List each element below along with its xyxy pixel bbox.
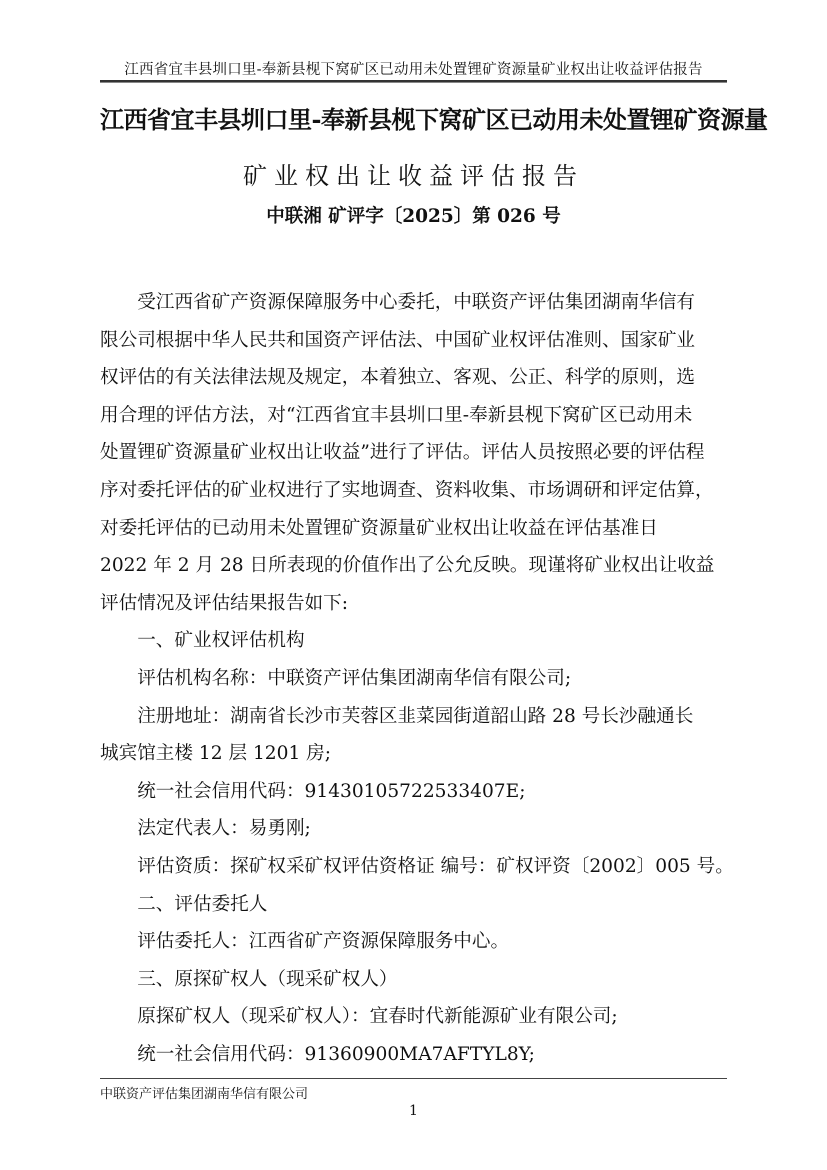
intro-line: 用合理的评估方法，对“江西省宜丰县圳口里-奉新县枧下窝矿区已动用未 bbox=[100, 397, 727, 435]
intro-line: 受江西省矿产资源保障服务中心委托，中联资产评估集团湖南华信有 bbox=[100, 284, 727, 322]
intro-line: 2022 年 2 月 28 日所表现的价值作出了公允反映。现谨将矿业权出让收益 bbox=[100, 547, 727, 585]
appraiser-qualification: 评估资质：探矿权采矿权评估资格证 编号：矿权评资〔2002〕005 号。 bbox=[100, 848, 727, 886]
intro-line: 限公司根据中华人民共和国资产评估法、中国矿业权评估准则、国家矿业 bbox=[100, 322, 727, 360]
client-name: 评估委托人：江西省矿产资源保障服务中心。 bbox=[100, 923, 727, 961]
holder-name: 原探矿权人（现采矿权人）：宜春时代新能源矿业有限公司; bbox=[100, 998, 727, 1036]
appraiser-address-cont: 城宾馆主楼 12 层 1201 房; bbox=[100, 735, 727, 773]
intro-line: 对委托评估的已动用未处置锂矿资源量矿业权出让收益在评估基准日 bbox=[100, 510, 727, 548]
document-number: 中联湘 矿评字〔2025〕第 026 号 bbox=[100, 202, 727, 228]
holder-credit-code: 统一社会信用代码：91360900MA7AFTYL8Y; bbox=[100, 1036, 727, 1074]
report-title-line2: 矿业权出让收益评估报告 bbox=[100, 156, 727, 191]
section-heading-client: 二、评估委托人 bbox=[100, 886, 727, 924]
page-number: 1 bbox=[0, 1103, 827, 1119]
section-heading-holder: 三、原探矿权人（现采矿权人） bbox=[100, 961, 727, 999]
intro-line: 处置锂矿资源量矿业权出让收益”进行了评估。评估人员按照必要的评估程 bbox=[100, 434, 727, 472]
footer-company: 中联资产评估集团湖南华信有限公司 bbox=[100, 1083, 308, 1102]
header-divider bbox=[100, 80, 727, 83]
appraiser-name: 评估机构名称：中联资产评估集团湖南华信有限公司; bbox=[100, 660, 727, 698]
intro-line: 序对委托评估的矿业权进行了实地调查、资料收集、市场调研和评定估算， bbox=[100, 472, 727, 510]
appraiser-credit-code: 统一社会信用代码：91430105722533407E; bbox=[100, 773, 727, 811]
section-heading-appraiser: 一、矿业权评估机构 bbox=[100, 622, 727, 660]
report-body: 受江西省矿产资源保障服务中心委托，中联资产评估集团湖南华信有 限公司根据中华人民… bbox=[100, 284, 727, 1073]
running-header: 江西省宜丰县圳口里-奉新县枧下窝矿区已动用未处置锂矿资源量矿业权出让收益评估报告 bbox=[100, 58, 727, 79]
intro-line: 权评估的有关法律法规及规定，本着独立、客观、公正、科学的原则，选 bbox=[100, 359, 727, 397]
footer-divider bbox=[100, 1078, 727, 1079]
appraiser-legal-rep: 法定代表人：易勇刚; bbox=[100, 810, 727, 848]
report-title-line1: 江西省宜丰县圳口里-奉新县枧下窝矿区已动用未处置锂矿资源量 bbox=[100, 100, 727, 135]
intro-line: 评估情况及评估结果报告如下: bbox=[100, 585, 727, 623]
appraiser-address: 注册地址：湖南省长沙市芙蓉区韭菜园街道韶山路 28 号长沙融通长 bbox=[100, 698, 727, 736]
